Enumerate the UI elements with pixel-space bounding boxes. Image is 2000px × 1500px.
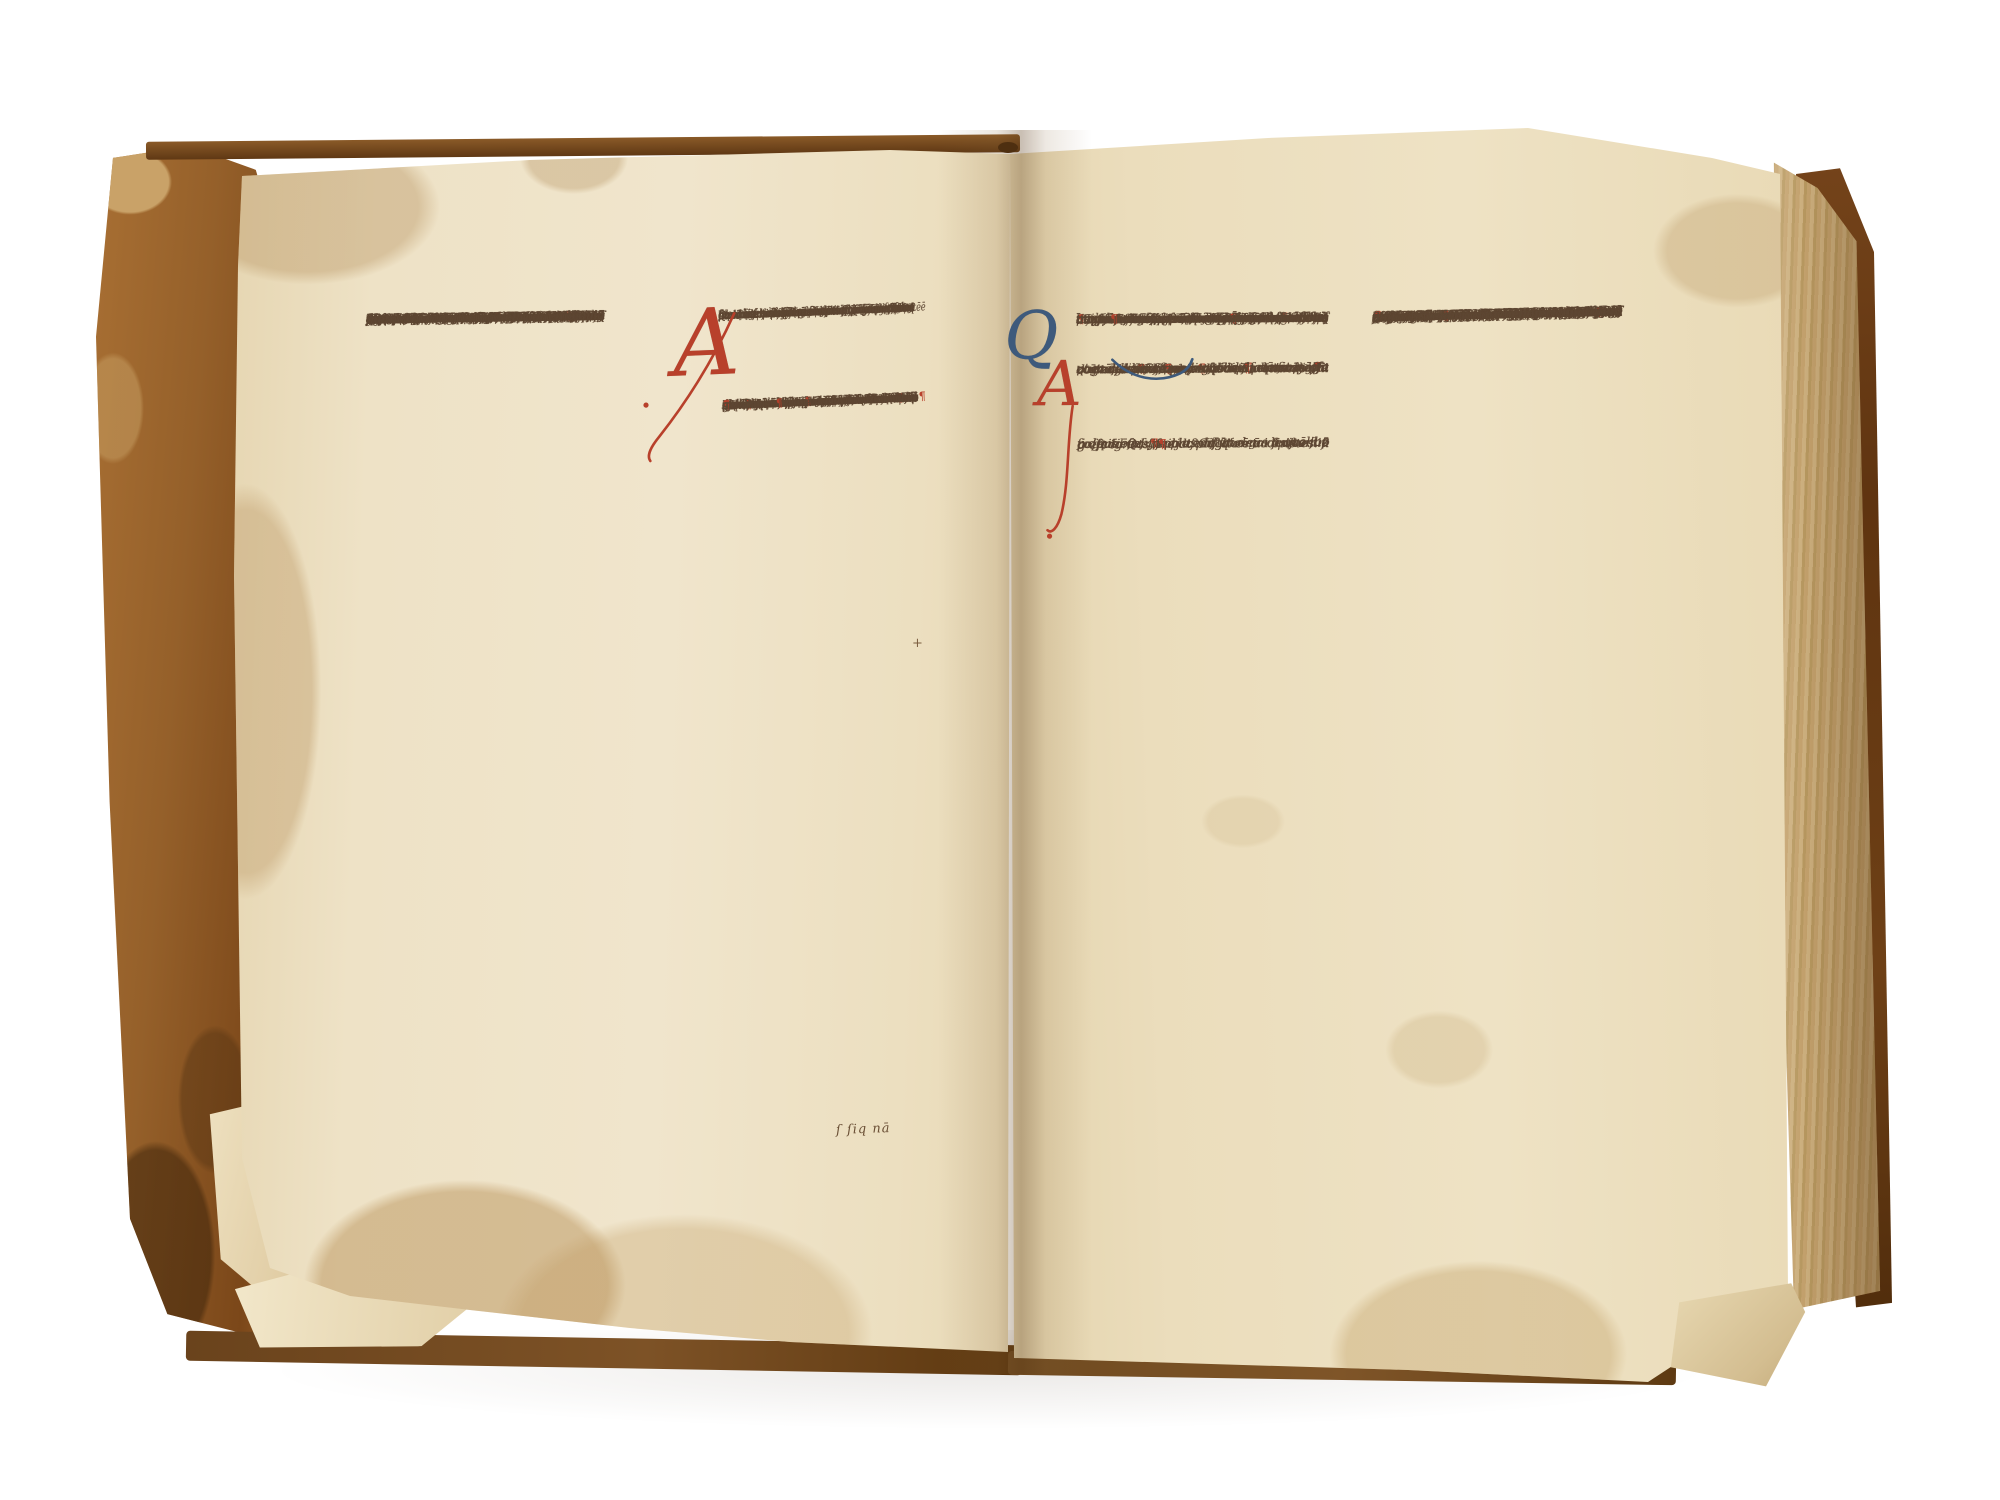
initial-flourish: [1043, 402, 1084, 542]
text-line: methe. dr. qd dīna ſcīa eſt poſſeſſio dī…: [366, 308, 604, 335]
rubric-pilcrow: ¶: [1157, 437, 1167, 451]
text-column-right-col-2: ita ſe ht tintā ad mtē ſiē colaes ad uiſ…: [1372, 304, 1622, 310]
decorated-initial-section: APoſtolus nay ait eiq. Jn pte iſta oſten…: [718, 300, 918, 398]
initial-flourish: [1106, 349, 1196, 400]
text-line: diuidit m ptes duas. Jn p̄ ōndit bnitatē…: [770, 300, 915, 329]
rubric-pilcrow: ¶: [775, 396, 783, 410]
text-column-right-col-1: 8 ſuj nā eſt impfectū. q omſ ſpſ mutabil…: [1076, 310, 1329, 437]
text-line: nōnez dey p ueſtigiū ētuuaz iō duo: [1156, 310, 1328, 337]
text-column-left-col-2: et nō humana. biay. i. ēteuaz p quas ipm…: [718, 300, 918, 398]
text-column-left-col-1: ſm damaſcē. bl qm ad id cui impoit qd eſ…: [366, 308, 604, 312]
manuscript-text-block: ſm damaſcē. bl qm ad id cui impoit qd eſ…: [0, 0, 2000, 1500]
marginal-cross: +: [912, 636, 923, 651]
catchword: ſ ſiq nā: [836, 1121, 891, 1138]
photograph-of-open-manuscript-book: ſm damaſcē. bl qm ad id cui impoit qd eſ…: [0, 0, 2000, 1500]
rubric-pilcrow: ¶: [917, 389, 926, 403]
illuminated-initial-A: A: [671, 303, 741, 384]
text-line: g eſt ignots. ¶ Ite dt phſ q omē i finit…: [1077, 435, 1329, 463]
illuminated-initial-A: A: [1037, 358, 1082, 411]
decorated-initial-section: QVia m iſta ptē ōndit q̄ ſr benit ad cog…: [1076, 310, 1328, 362]
